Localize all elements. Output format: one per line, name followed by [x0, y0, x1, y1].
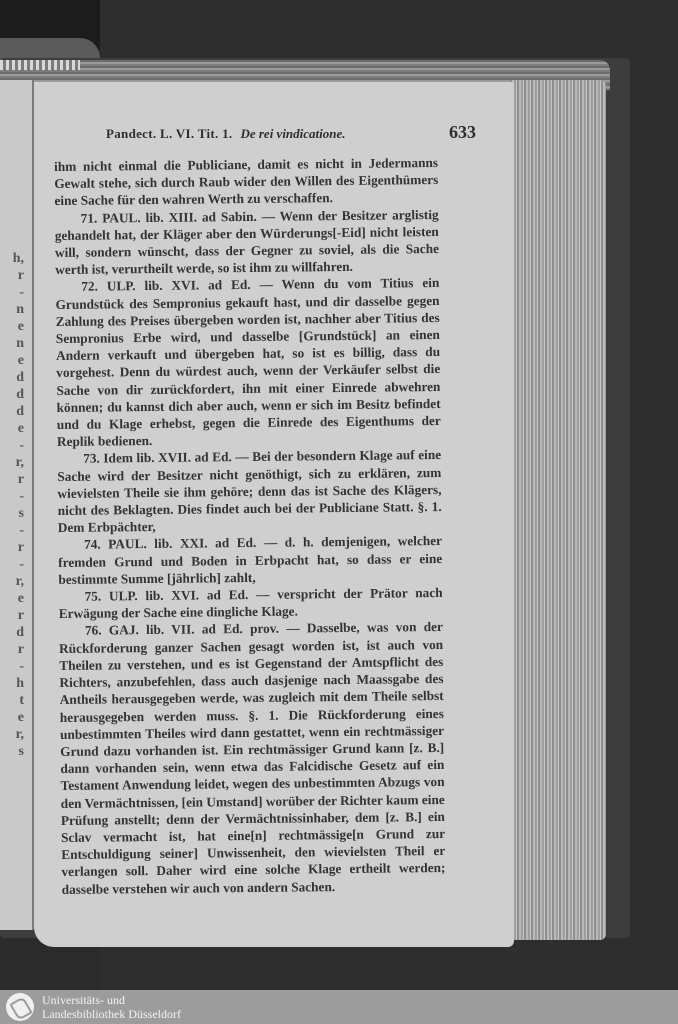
left-page-fragment: e	[0, 709, 24, 726]
paragraph: ihm nicht einmal die Publiciane, damit e…	[54, 154, 439, 210]
left-page-fragment: r,	[0, 454, 24, 471]
left-page-fragment: e	[0, 590, 24, 607]
page-body-text: ihm nicht einmal die Publiciane, damit e…	[54, 154, 446, 898]
left-page-fragment: -	[0, 556, 24, 573]
running-head-subtitle: De rei vindicatione.	[240, 126, 345, 142]
left-page-fragment: t	[0, 692, 24, 709]
library-logo-icon[interactable]	[6, 993, 34, 1021]
left-page-fragment: -	[0, 522, 24, 539]
paragraph-73: 73. Idem lib. XVII. ad Ed. — Bei der bes…	[57, 446, 442, 536]
left-page-text-fragments: h,r-neneddde-r,r-s-r-r,erdr-hter,s	[0, 250, 24, 760]
left-page-fragment: d	[0, 624, 24, 641]
library-name-line2: Landesbibliothek Düsseldorf	[42, 1007, 181, 1021]
left-page-fragment: -	[0, 437, 24, 454]
left-page-fragment: r	[0, 267, 24, 284]
library-footer-bar: Universitäts- und Landesbibliothek Düsse…	[0, 990, 678, 1024]
left-page-fragment: e	[0, 420, 24, 437]
left-page-fragment: r	[0, 539, 24, 556]
left-page-fragment: h,	[0, 250, 24, 267]
left-page-fragment: d	[0, 369, 24, 386]
library-name-line1: Universitäts- und	[42, 993, 181, 1007]
library-name[interactable]: Universitäts- und Landesbibliothek Düsse…	[42, 993, 181, 1021]
left-page-fragment: -	[0, 658, 24, 675]
left-page-fragment: s	[0, 743, 24, 760]
paragraph-71: 71. PAUL. lib. XIII. ad Sabin. — Wenn de…	[55, 206, 440, 279]
left-page-fragment: e	[0, 352, 24, 369]
running-head-title: Pandect. L. VI. Tit. 1.	[106, 126, 232, 142]
left-page-fragment: r	[0, 607, 24, 624]
page-gilt-edge	[0, 60, 80, 70]
left-page-fragment: n	[0, 301, 24, 318]
left-page-fragment: d	[0, 386, 24, 403]
page-number: 633	[449, 122, 476, 143]
left-page-fragment: e	[0, 318, 24, 335]
left-page: h,r-neneddde-r,r-s-r-r,erdr-hter,s	[0, 80, 34, 930]
left-page-fragment: r	[0, 471, 24, 488]
left-page-fragment: s	[0, 505, 24, 522]
paragraph-75: 75. ULP. lib. XVI. ad Ed. — verspricht d…	[59, 584, 443, 622]
paragraph-74: 74. PAUL. lib. XXI. ad Ed. — d. h. demje…	[58, 532, 443, 588]
left-page-fragment: d	[0, 403, 24, 420]
running-head: Pandect. L. VI. Tit. 1. De rei vindicati…	[106, 122, 476, 144]
left-page-fragment: r	[0, 641, 24, 658]
paragraph-72: 72. ULP. lib. XVI. ad Ed. — Wenn du vom …	[55, 274, 441, 450]
left-page-fragment: n	[0, 335, 24, 352]
left-page-fragment: h	[0, 675, 24, 692]
paragraph-76: 76. GAJ. lib. VII. ad Ed. prov. — Dassel…	[59, 618, 446, 897]
left-page-fragment: r,	[0, 726, 24, 743]
left-page-fragment: -	[0, 284, 24, 301]
left-page-fragment: r,	[0, 573, 24, 590]
book-page: Pandect. L. VI. Tit. 1. De rei vindicati…	[34, 82, 514, 947]
page-block-fore-edge	[510, 80, 606, 940]
left-page-fragment: -	[0, 488, 24, 505]
